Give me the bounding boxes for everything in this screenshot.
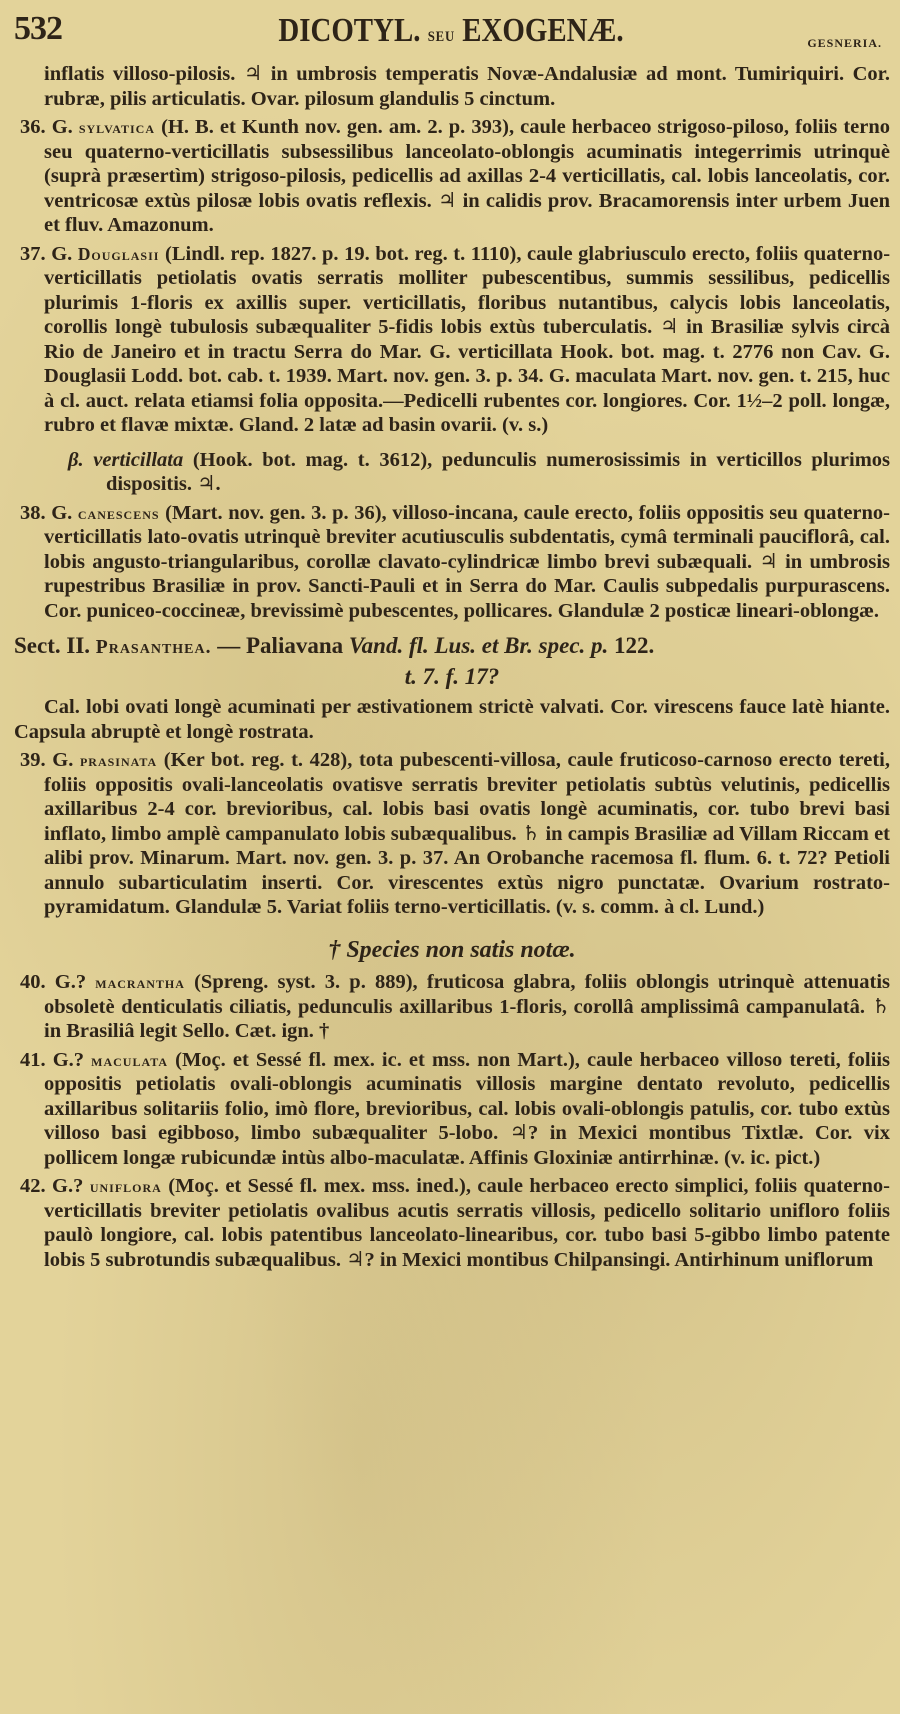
species-entry-42: 42. G.? uniflora (Moç. et Sessé fl. mex.…: [14, 1174, 890, 1272]
running-title-part1: DICOTYL.: [278, 12, 420, 49]
section-label: Sect. II.: [14, 633, 90, 658]
species-name: macrantha: [95, 972, 185, 992]
running-genus: GESNERIA.: [807, 36, 882, 51]
species-entry-40: 40. G.? macrantha (Spreng. syst. 3. p. 8…: [14, 970, 890, 1044]
species-name: uniflora: [90, 1176, 162, 1196]
species-description: (Mart. nov. gen. 3. p. 36), villoso-inca…: [44, 502, 890, 622]
running-title-part2: EXOGENÆ.: [462, 12, 623, 49]
species-description: (Lindl. rep. 1827. p. 19. bot. reg. t. 1…: [44, 243, 890, 437]
page-body: inflatis villoso-pilosis. ♃ in umbrosis …: [14, 62, 890, 1272]
species-number: 42. G.?: [20, 1175, 83, 1197]
continued-paragraph: inflatis villoso-pilosis. ♃ in umbrosis …: [14, 62, 890, 111]
species-number: 39. G.: [20, 749, 73, 771]
variety-entry: β. verticillata (Hook. bot. mag. t. 3612…: [14, 448, 890, 497]
species-description: (H. B. et Kunth nov. gen. am. 2. p. 393)…: [44, 116, 890, 236]
species-name: maculata: [91, 1050, 168, 1070]
species-entry-41: 41. G.? maculata (Moç. et Sessé fl. mex.…: [14, 1048, 890, 1171]
species-number: 41. G.?: [20, 1049, 84, 1071]
section-name: Prasanthea.: [96, 637, 212, 658]
section-reference: Vand. fl. Lus. et Br. spec. p.: [349, 633, 608, 658]
section-heading-line2: t. 7. f. 17?: [14, 663, 890, 691]
variety-label: β.: [68, 449, 84, 471]
species-entry-38: 38. G. canescens (Mart. nov. gen. 3. p. …: [14, 501, 890, 624]
species-description: (Ker bot. reg. t. 428), tota pubescenti-…: [44, 749, 890, 918]
species-dubiae-heading: † Species non satis notæ.: [14, 938, 890, 963]
species-name: canescens: [78, 503, 160, 523]
species-name: sylvatica: [79, 117, 155, 137]
species-description: (Moç. et Sessé fl. mex. mss. ined.), cau…: [44, 1175, 890, 1271]
species-entry-37: 37. G. Douglasii (Lindl. rep. 1827. p. 1…: [14, 242, 890, 438]
species-number: 37. G.: [20, 243, 72, 265]
species-number: 36. G.: [20, 116, 73, 138]
species-description: (Moç. et Sessé fl. mex. ic. et mss. non …: [44, 1049, 890, 1169]
species-name: Douglasii: [78, 244, 160, 264]
running-title: DICOTYL. seu EXOGENÆ.: [80, 12, 823, 50]
section-reference-page: 122.: [608, 633, 654, 658]
species-entry-39: 39. G. prasinata (Ker bot. reg. t. 428),…: [14, 748, 890, 920]
variety-description: (Hook. bot. mag. t. 3612), pedunculis nu…: [106, 449, 890, 496]
book-page: 532 DICOTYL. seu EXOGENÆ. GESNERIA. infl…: [0, 0, 900, 1714]
page-header: 532 DICOTYL. seu EXOGENÆ. GESNERIA.: [14, 10, 888, 60]
species-number: 38. G.: [20, 502, 72, 524]
species-number: 40. G.?: [20, 971, 86, 993]
running-title-seu: seu: [428, 21, 455, 46]
section-dash: — Paliavana: [212, 633, 349, 658]
section-heading: Sect. II. Prasanthea. — Paliavana Vand. …: [14, 631, 890, 663]
species-name: prasinata: [80, 750, 157, 770]
section-description: Cal. lobi ovati longè acuminati per æsti…: [14, 695, 890, 744]
variety-name: verticillata: [93, 449, 183, 471]
page-number: 532: [14, 10, 62, 48]
species-entry-36: 36. G. sylvatica (H. B. et Kunth nov. ge…: [14, 115, 890, 238]
